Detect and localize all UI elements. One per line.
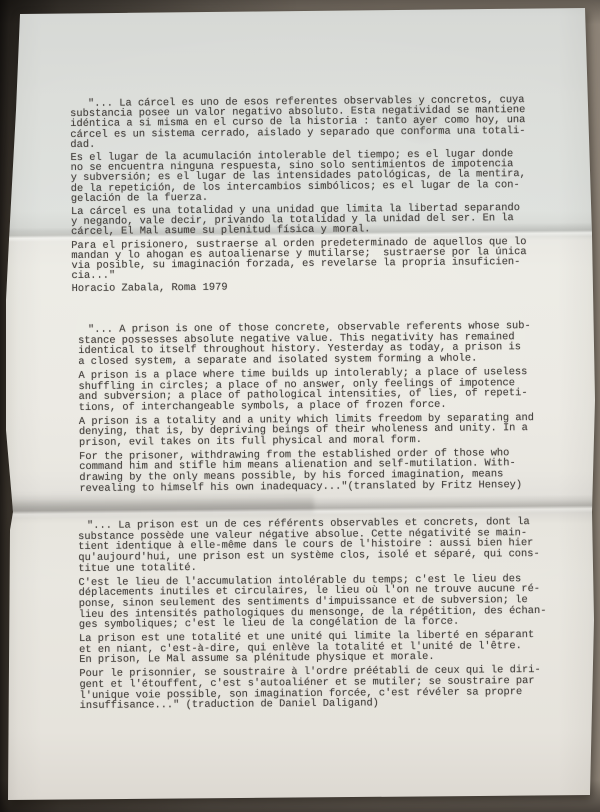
english-paragraph-1: "... A prison is one of those concrete, … bbox=[78, 321, 534, 368]
spanish-paragraph-4: Para el prisionero, sustraerse al orden … bbox=[71, 237, 527, 282]
section-french: "... La prison est un de ces référents o… bbox=[78, 517, 547, 715]
section-spanish: "... La cárcel es uno de esos referentes… bbox=[70, 95, 527, 298]
spanish-paragraph-1: "... La cárcel es uno de esos referentes… bbox=[70, 95, 526, 150]
photo-stage: "... La cárcel es uno de esos referentes… bbox=[0, 0, 600, 812]
paper-sheet: "... La cárcel es uno de esos referentes… bbox=[0, 0, 600, 812]
section-english: "... A prison is one of those concrete, … bbox=[78, 321, 535, 498]
fold-crease-bottom bbox=[0, 494, 600, 518]
attribution-line: Horacio Zabala, Roma 1979 bbox=[72, 280, 527, 294]
spanish-paragraph-2: Es el lugar de la acumulación intolerabl… bbox=[70, 149, 526, 204]
french-paragraph-3: La prison est une totalité et une unité … bbox=[79, 630, 547, 666]
french-paragraph-4: Pour le prisonnier, se soustraire à l'or… bbox=[79, 665, 547, 712]
spanish-paragraph-3: La cárcel es una totalidad y una unidad … bbox=[71, 203, 526, 238]
english-paragraph-2: A prison is a place where time builds up… bbox=[78, 367, 534, 414]
paper-shadow: "... La cárcel es uno de esos referentes… bbox=[0, 0, 600, 812]
english-paragraph-3: A prison is a totality and a unity which… bbox=[79, 413, 534, 449]
french-paragraph-2: C'est le lieu de l'accumulation intoléra… bbox=[78, 573, 546, 631]
french-paragraph-1: "... La prison est un de ces référents o… bbox=[78, 517, 546, 575]
english-paragraph-4: For the prisoner, withdrawing from the e… bbox=[79, 448, 535, 495]
